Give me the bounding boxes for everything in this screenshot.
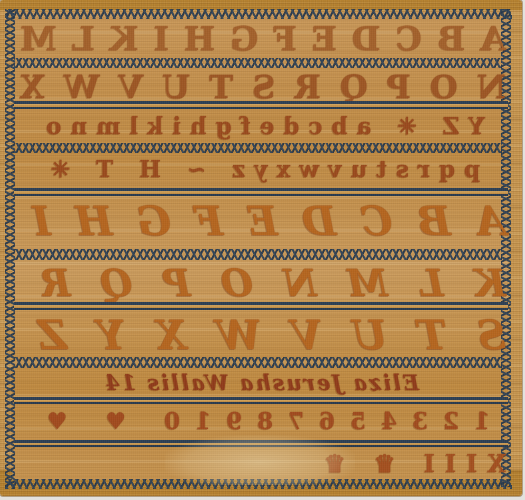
divider-zigzag-4 — [14, 357, 502, 368]
row-ornamental-caps-3: STUVWXYZ — [16, 312, 506, 359]
row-ornamental-caps-2: KLMNOPQR — [16, 261, 506, 305]
row-numerals: 12345678910 ♥ ♥ — [16, 408, 506, 435]
border-zigzag-bottom — [6, 479, 512, 489]
border-zigzag-top — [6, 9, 512, 19]
row-ornamental-caps-1: ABCDEFGHI — [16, 198, 506, 245]
row-alphabet-caps-1: ABCDEFGHIKLM — [16, 19, 506, 58]
divider-line-5 — [14, 440, 508, 447]
divider-line-1 — [14, 101, 508, 109]
divider-line-2 — [14, 188, 508, 196]
row-roman-numeral-crowns: XIII ♛ ♛ — [16, 449, 506, 478]
row-signature: Eliza Jerusha Wallis 14 — [16, 370, 506, 395]
divider-line-4 — [14, 397, 508, 404]
divider-line-3 — [14, 302, 508, 310]
divider-zigzag-2 — [14, 143, 502, 153]
divider-zigzag-1 — [14, 58, 502, 68]
row-alphabet-lowercase-end: pqrstuvwxyz ~ H T ✳ — [16, 156, 506, 183]
sampler-photo: ABCDEFGHIKLM NOPQRSTUVWX YZ ✳ abcdefghik… — [0, 0, 522, 496]
divider-zigzag-3 — [14, 249, 502, 260]
row-alphabet-mixed: YZ ✳ abcdefghiklmno — [16, 113, 506, 140]
